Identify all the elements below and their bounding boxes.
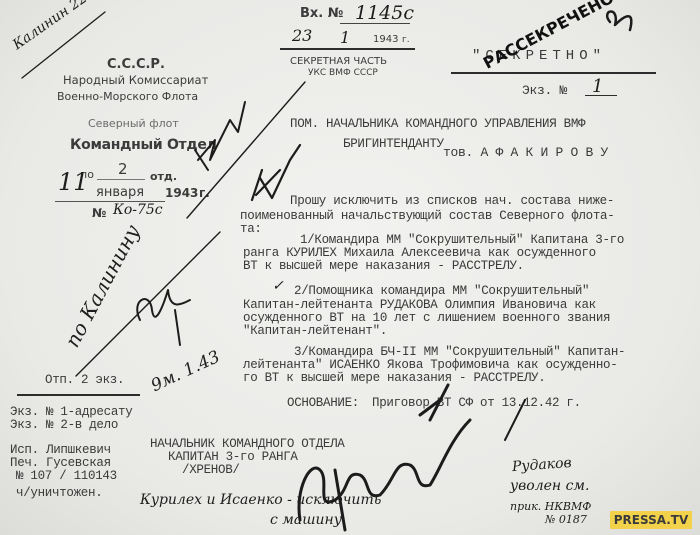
destroyed-note: ч/уничтожен. [16, 486, 102, 500]
intro-line3: та: [240, 222, 262, 236]
date-year: 1943 [165, 186, 198, 200]
item-2-line: осужденного ВТ на 10 лет с лишением воен… [243, 311, 610, 325]
section-suffix: отд. [150, 170, 177, 183]
basis-text: Приговор ВТ СФ от 13.12.42 г. [372, 396, 581, 410]
date-suffix: г. [199, 186, 210, 200]
commissariat-line2: Военно-Морского Флота [57, 90, 198, 103]
copy-1-distribution: Экз. № 1-адресату [10, 405, 132, 419]
item-1-line: 1/Командира ММ "Сокрушительный" Капитана… [300, 233, 624, 247]
handwritten-right-line2: уволен см. [510, 478, 589, 494]
handwritten-right-line1: Рудаков [512, 455, 573, 475]
date-month: января [96, 185, 144, 200]
incoming-label: Вх. № [300, 6, 343, 21]
intro-line2: поименованный начальствующий состав Севе… [240, 209, 614, 223]
handwritten-bottom-note-line2: с машину [270, 512, 342, 528]
item-1-line: ранга КУРИЛЕХ Михаила Алексеевича как ос… [243, 246, 596, 260]
handwritten-bottom-note-line1: Курилех и Исаенко - исключить [140, 492, 381, 508]
section-number: 2 [118, 160, 128, 178]
copies-count: Отп. 2 экз. [45, 373, 124, 387]
secret-dept-line2: УКС ВМФ СССР [308, 68, 378, 78]
item-3-line: 3/Командира БЧ-II ММ "Сокрушительный" Ка… [294, 345, 625, 359]
copy-number: 1 [592, 76, 603, 97]
item-2-line: Капитан-лейтенанта РУДАКОВА Олимпия Иван… [243, 298, 596, 312]
item-1-line: ВТ к высшей мере наказания - РАССТРЕЛУ. [243, 259, 524, 273]
archival-document: С.С.С.Р. Народный Комиссариат Военно-Мор… [0, 0, 700, 535]
watermark-logo: PRESSA.TV [610, 511, 692, 529]
item-3-line: лейтенанта" ИСАЕНКО Якова Трофимовича ка… [243, 358, 617, 372]
incoming-day: 23 [292, 26, 312, 45]
outgoing-number-value: Ко-75с [113, 202, 163, 218]
commissariat-line1: Народный Комиссариат [63, 73, 208, 87]
country-stamp: С.С.С.Р. [107, 57, 165, 72]
intro-line1: Прошу исключить из списков нач. состава … [290, 194, 614, 208]
outgoing-number-label: № [92, 206, 106, 220]
incoming-month: 1 [340, 28, 350, 47]
registration-number: № 107 / 110143 [16, 469, 117, 483]
handwritten-top-left: Калинин 22 [10, 0, 90, 53]
incoming-number: 1145с [355, 2, 414, 24]
item-3-line: го ВТ к высшей мере наказания - РАССТРЕЛ… [243, 371, 545, 385]
copy-2-distribution: Экз. № 2-в дело [10, 418, 118, 432]
basis-label: ОСНОВАНИЕ: [287, 396, 359, 410]
item-2-line: "Капитан-лейтенант". [243, 324, 387, 338]
signatory-name: /ХРЕНОВ/ [182, 463, 240, 477]
item-2-line: 2/Помощника командира ММ "Сокрушительный… [294, 284, 589, 298]
department-label: Командный Отдел [70, 137, 217, 153]
handwritten-right-line3: прик. НКВМФ [510, 500, 591, 513]
signatory-title-line2: КАПИТАН 3-го РАНГА [168, 450, 298, 464]
date-day: 11 [58, 168, 89, 196]
addressee-line3: тов. А Ф А К И Р О В У [443, 145, 608, 160]
addressee-line2: БРИГИНТЕНДАНТУ [343, 137, 444, 151]
typist: Печ. Гусевская [10, 456, 111, 470]
handwritten-margin-note: по Калинину [60, 221, 145, 352]
handwritten-right-line4: № 0187 [545, 513, 587, 526]
secret-dept-line1: СЕКРЕТНАЯ ЧАСТЬ [290, 56, 387, 67]
executor: Исп. Липшкевич [10, 443, 111, 457]
incoming-year: 1943 [373, 34, 398, 45]
handwritten-margin-date: 9м. 1.43 [148, 347, 223, 396]
copy-label: Экз. № [522, 83, 567, 98]
addressee-line1: ПОМ. НАЧАЛЬНИКА КОМАНДНОГО УПРАВЛЕНИЯ ВМ… [290, 117, 585, 131]
signatory-title-line1: НАЧАЛЬНИК КОМАНДНОГО ОТДЕЛА [150, 437, 344, 451]
check-mark-icon: ✓ [272, 278, 284, 294]
fleet-label: Северный флот [88, 117, 179, 130]
incoming-year-suffix: г. [402, 35, 410, 45]
